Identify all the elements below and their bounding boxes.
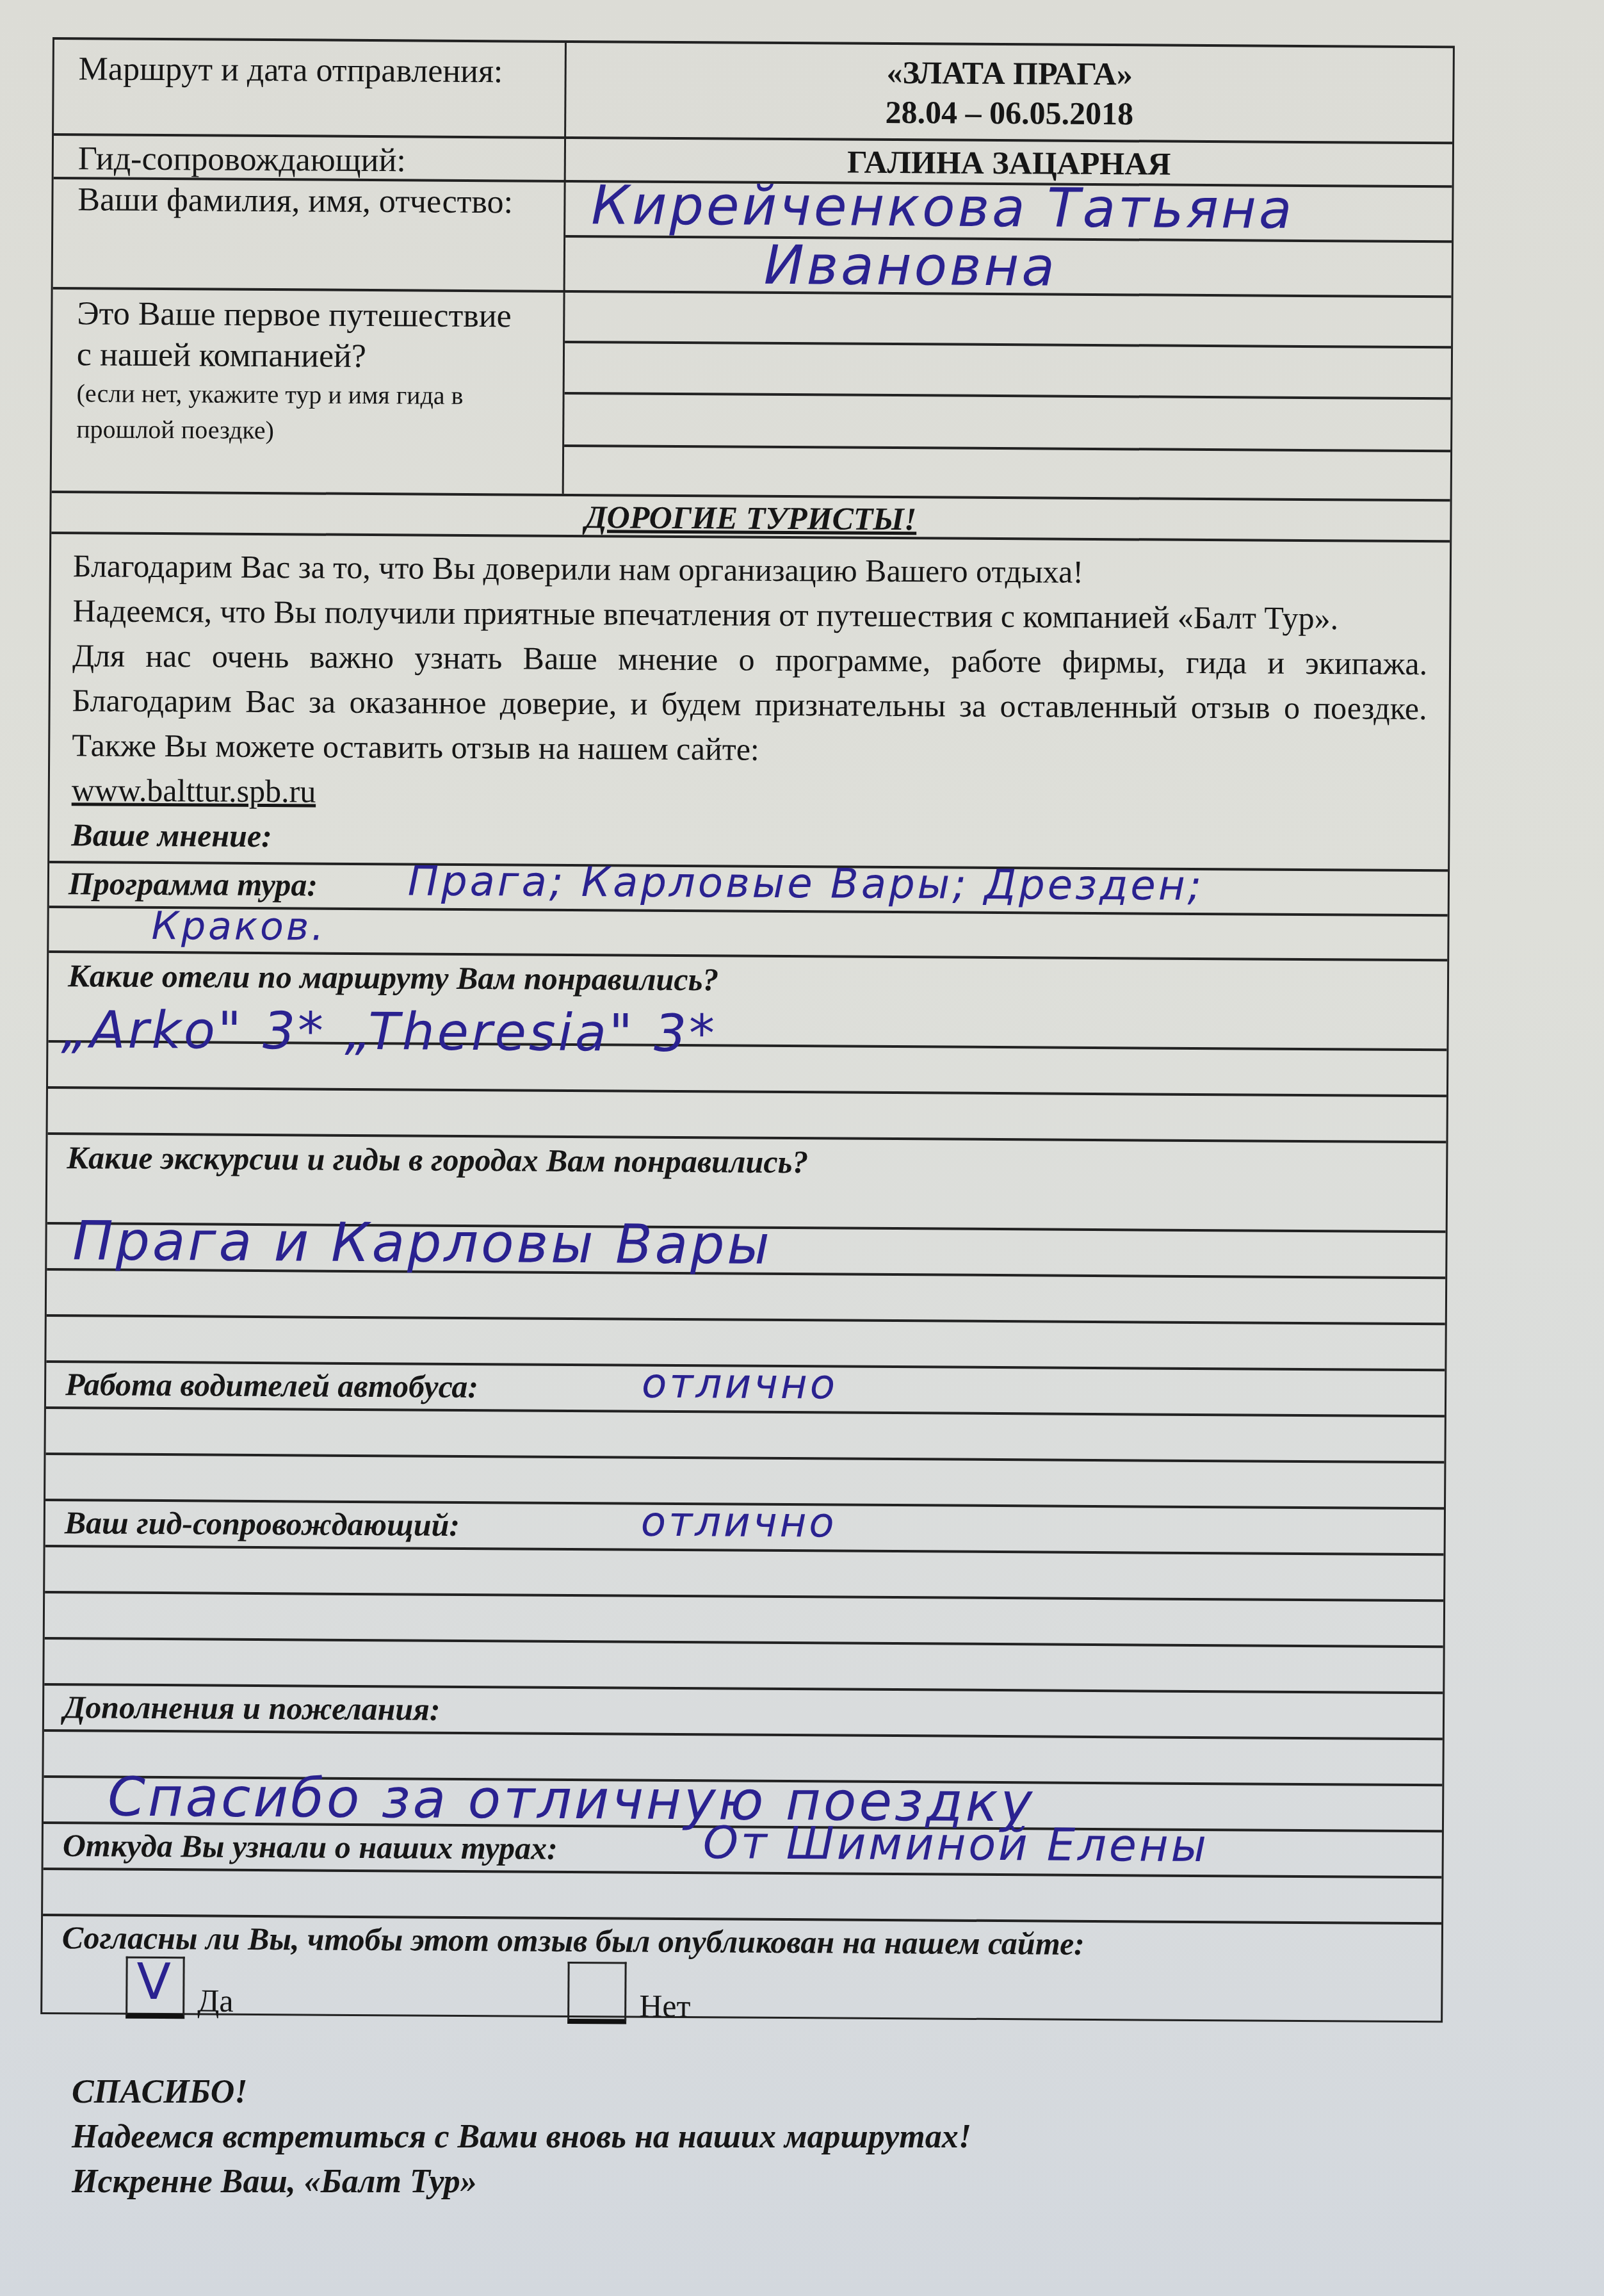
hotels-line-2[interactable] [48, 1089, 1446, 1143]
intro-block: Благодарим Вас за то, что Вы доверили на… [49, 534, 1450, 872]
excursions-line[interactable]: Прага и Карловы Вары [47, 1225, 1445, 1279]
guide-opinion-line[interactable]: Ваш гид-сопровождающий: отлично [45, 1501, 1444, 1556]
footer-hope: Надеемся встретиться с Вами вновь на наш… [72, 2115, 971, 2160]
first-trip-note-2: прошлой поездке) [76, 411, 562, 450]
program-line-2[interactable]: Краков. [49, 908, 1447, 961]
consent-no-label: Нет [639, 1987, 691, 2024]
footer-thanks: СПАСИБО! [72, 2070, 971, 2115]
footer: СПАСИБО! Надеемся встретиться с Вами вно… [72, 2070, 971, 2204]
guide-opinion-value: отлично [641, 1499, 837, 1547]
intro-p1: Благодарим Вас за то, что Вы доверили на… [73, 543, 1428, 596]
source-label: Откуда Вы узнали о наших турах: [63, 1827, 558, 1867]
excursions-line-2[interactable] [47, 1271, 1445, 1325]
route-name: «ЗЛАТА ПРАГА» [567, 51, 1453, 95]
route-row: Маршрут и дата отправления: «ЗЛАТА ПРАГА… [54, 40, 1453, 144]
website-link[interactable]: www.balttur.spb.ru [72, 772, 316, 809]
consent-label: Согласны ли Вы, чтобы этот отзыв был опу… [62, 1916, 1441, 1964]
consent-no-checkbox[interactable] [567, 1962, 627, 2024]
intro-p2: Надеемся, что Вы получили приятные впеча… [72, 588, 1427, 641]
program-value-2: Краков. [151, 904, 326, 950]
first-trip-row: Это Ваше первое путешествие с нашей комп… [52, 289, 1452, 501]
consent-yes-label: Да [197, 1982, 234, 2019]
fullname-label: Ваши фамилия, имя, отчество: [53, 179, 566, 290]
first-trip-label: Это Ваше первое путешествие с нашей комп… [52, 289, 565, 494]
fullname-field[interactable]: Кирейченкова Татьяна Ивановна [565, 183, 1452, 295]
opinion-heading: Ваше мнение: [71, 812, 1426, 865]
route-label: Маршрут и дата отправления: [54, 40, 567, 136]
fullname-row: Ваши фамилия, имя, отчество: Кирейченков… [53, 179, 1452, 298]
fullname-value-1: Кирейченкова Татьяна [591, 174, 1295, 241]
footer-sign: Искренне Ваш, «Балт Тур» [72, 2160, 971, 2204]
wishes-label: Дополнения и пожелания: [63, 1688, 441, 1728]
guide-opinion-label: Ваш гид-сопровождающий: [65, 1504, 460, 1543]
excursions-value: Прага и Карловы Вары [72, 1209, 772, 1276]
program-value-1: Прага; Карловые Вары; Дрезден; [408, 858, 1204, 910]
excursions-label: Какие экскурсии и гиды в городах Вам пон… [67, 1139, 808, 1180]
source-line[interactable]: Откуда Вы узнали о наших турах: От Шимин… [44, 1824, 1442, 1878]
intro-p3: Для нас очень важно узнать Ваше мнение о… [72, 633, 1427, 776]
route-dates: 28.04 – 06.05.2018 [566, 90, 1452, 135]
intro-heading: ДОРОГИЕ ТУРИСТЫ! [585, 499, 916, 537]
hotels-label: Какие отели по маршруту Вам понравились? [68, 957, 719, 998]
intro-paragraph: Благодарим Вас за то, что Вы доверили на… [49, 534, 1450, 869]
first-trip-note-1: (если нет, укажите тур и имя гида в [76, 375, 562, 414]
first-trip-question-1: Это Ваше первое путешествие [77, 293, 563, 338]
drivers-line[interactable]: Работа водителей автобуса: отлично [46, 1363, 1445, 1417]
guide-line-2[interactable] [45, 1547, 1443, 1602]
consent-yes-option[interactable]: V Да [126, 1957, 234, 2019]
source-value: От Шиминой Елены [703, 1816, 1210, 1872]
route-value: «ЗЛАТА ПРАГА» 28.04 – 06.05.2018 [566, 43, 1453, 142]
form-frame: Маршрут и дата отправления: «ЗЛАТА ПРАГА… [40, 37, 1455, 2023]
feedback-form: Маршрут и дата отправления: «ЗЛАТА ПРАГА… [40, 37, 1455, 2023]
fullname-value-2: Ивановна [764, 234, 1058, 298]
drivers-label: Работа водителей автобуса: [65, 1365, 478, 1405]
consent-block: Согласны ли Вы, чтобы этот отзыв был опу… [42, 1916, 1441, 2021]
first-trip-field[interactable] [564, 293, 1452, 499]
wishes-line[interactable]: Дополнения и пожелания: [44, 1686, 1443, 1740]
program-label: Программа тура: [69, 865, 318, 903]
guide-label: Гид-сопровождающий: [54, 136, 566, 180]
hotels-line[interactable] [48, 1043, 1446, 1097]
guide-line-4[interactable] [44, 1640, 1443, 1694]
first-trip-question-2: с нашей компанией? [77, 334, 563, 379]
drivers-line-2[interactable] [45, 1409, 1444, 1463]
source-line-2[interactable] [43, 1870, 1441, 1925]
check-mark-icon: V [136, 1953, 171, 2011]
consent-yes-checkbox[interactable]: V [126, 1957, 185, 2019]
consent-no-option[interactable]: Нет [567, 1962, 691, 2024]
hotels-label-line: Какие отели по маршруту Вам понравились?… [48, 953, 1447, 1051]
guide-line-3[interactable] [45, 1593, 1443, 1648]
drivers-value: отлично [642, 1360, 838, 1409]
